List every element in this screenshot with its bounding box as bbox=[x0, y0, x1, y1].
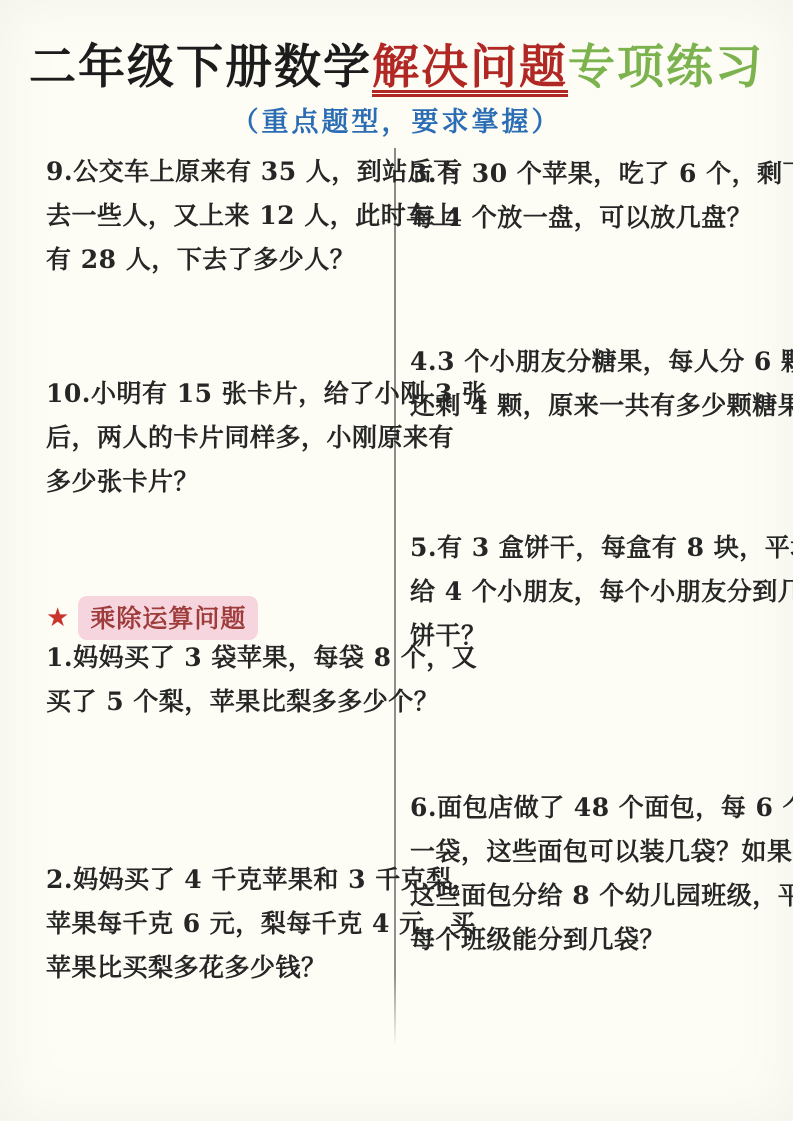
question-line: 4.3 个小朋友分糖果，每人分 6 颗后 bbox=[410, 340, 793, 384]
worksheet-page: 二年级下册数学解决问题专项练习 （重点题型，要求掌握） 9.公交车上原来有 35… bbox=[0, 0, 793, 1121]
section-label-highlighted: 乘除运算问题 bbox=[78, 596, 258, 640]
question-line: 每 4 个放一盘，可以放几盘？ bbox=[410, 196, 793, 240]
question-6: 6.面包店做了 48 个面包，每 6 个装 一袋，这些面包可以装几袋？如果把 这… bbox=[410, 786, 793, 962]
section-header-multiply-divide: ★ 乘除运算问题 bbox=[46, 598, 258, 638]
question-line: 每个班级能分到几袋？ bbox=[410, 918, 793, 962]
question-4: 4.3 个小朋友分糖果，每人分 6 颗后 还剩 4 颗，原来一共有多少颗糖果？ bbox=[410, 340, 793, 428]
question-line: 5.有 3 盒饼干，每盒有 8 块，平均分 bbox=[410, 526, 793, 570]
question-9: 9.公交车上原来有 35 人，到站后下 去一些人，又上来 12 人，此时车上 有… bbox=[46, 150, 459, 282]
question-line: 这些面包分给 8 个幼儿园班级，平均 bbox=[410, 874, 793, 918]
question-3: 3.有 30 个苹果，吃了 6 个，剩下的 每 4 个放一盘，可以放几盘？ bbox=[410, 152, 793, 240]
title-part-black: 二年级下册数学 bbox=[29, 40, 372, 95]
question-line: 9.公交车上原来有 35 人，到站后下 bbox=[46, 150, 459, 194]
question-line: 多少张卡片？ bbox=[46, 460, 488, 504]
question-line: 还剩 4 颗，原来一共有多少颗糖果？ bbox=[410, 384, 793, 428]
question-line: 一袋，这些面包可以装几袋？如果把 bbox=[410, 830, 793, 874]
question-line: 去一些人，又上来 12 人，此时车上 bbox=[46, 194, 459, 238]
title-part-red-underlined: 解决问题 bbox=[372, 40, 568, 95]
star-icon: ★ bbox=[46, 603, 69, 633]
question-line: 3.有 30 个苹果，吃了 6 个，剩下的 bbox=[410, 152, 793, 196]
question-line: 买了 5 个梨，苹果比梨多多少个？ bbox=[46, 680, 477, 724]
title-part-green: 专项练习 bbox=[568, 40, 764, 95]
question-line: 有 28 人，下去了多少人？ bbox=[46, 238, 459, 282]
question-5: 5.有 3 盒饼干，每盒有 8 块，平均分 给 4 个小朋友，每个小朋友分到几块… bbox=[410, 526, 793, 658]
page-title: 二年级下册数学解决问题专项练习 bbox=[0, 30, 793, 97]
question-line: 6.面包店做了 48 个面包，每 6 个装 bbox=[410, 786, 793, 830]
page-subtitle: （重点题型，要求掌握） bbox=[0, 100, 793, 139]
question-line: 饼干？ bbox=[410, 614, 793, 658]
question-line: 给 4 个小朋友，每个小朋友分到几块 bbox=[410, 570, 793, 614]
